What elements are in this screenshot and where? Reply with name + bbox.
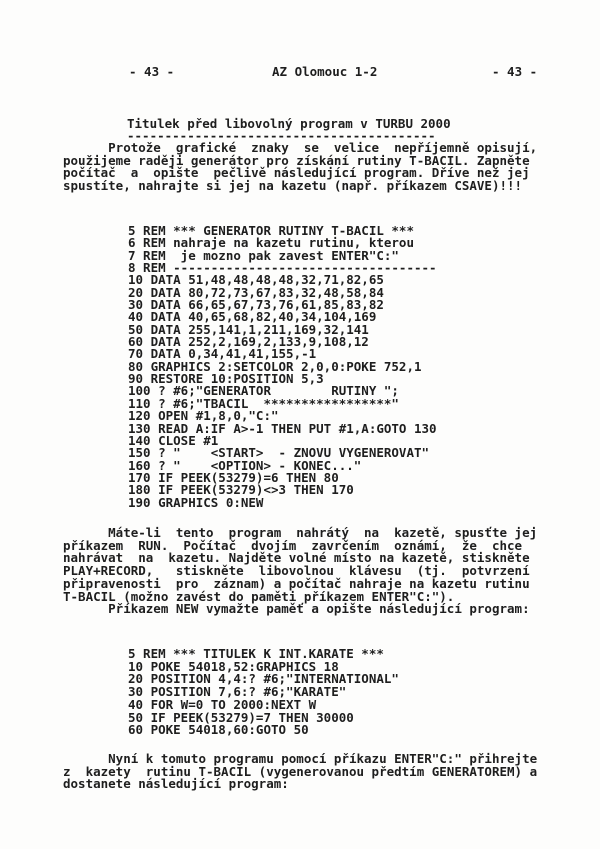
basic-listing-titulek: 5 REM *** TITULEK K INT.KARATE *** 10 PO…	[128, 648, 399, 737]
intro-paragraph: Protože grafické znaky se velice nepříje…	[63, 142, 537, 193]
page-number-left: - 43 -	[129, 66, 174, 79]
page-number-right: - 43 -	[492, 66, 537, 79]
basic-listing-generator: 5 REM *** GENERATOR RUTINY T-BACIL *** 6…	[128, 225, 437, 509]
usage-paragraph: Máte-li tento program nahrátý na kazetě,…	[63, 527, 537, 616]
closing-paragraph: Nyní k tomuto programu pomocí příkazu EN…	[63, 753, 537, 791]
document-page: - 43 - AZ Olomouc 1-2 - 43 - Titulek pře…	[0, 0, 600, 849]
journal-title: AZ Olomouc 1-2	[272, 66, 377, 79]
